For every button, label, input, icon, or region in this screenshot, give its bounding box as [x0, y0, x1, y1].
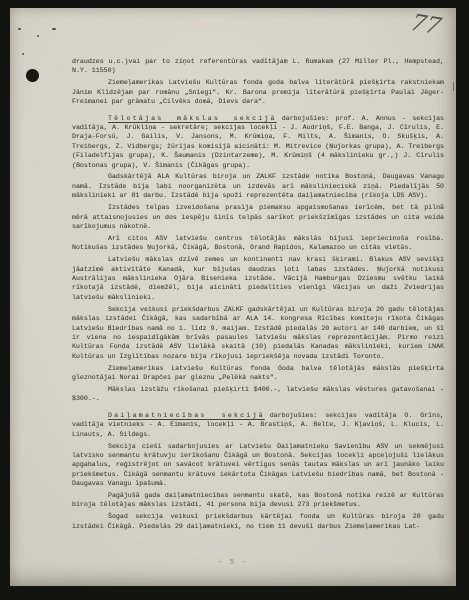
punch-hole-mark: [26, 69, 39, 82]
ink-speck: [52, 28, 56, 30]
section-heading-telotajas-makslas: Tēlotājas mākslas sekcijā: [108, 115, 277, 122]
section-heading-dailamatniecibas: Daiļamatniecības sekcijā: [108, 412, 265, 419]
paragraph-continuation: draudzes u.c.)vai par to ziņot referentū…: [72, 57, 444, 76]
section-members-text: darbojušies: prof. A. Annus - sekcijas v…: [72, 115, 444, 169]
paragraph-other-centers: Arī citos ASV latviešu centros tēlotājās…: [72, 234, 444, 253]
section-telotajas-makslas: Tēlotājas mākslas sekcijādarbojušies: pr…: [72, 114, 444, 170]
paragraph-funding: Mākslas izstāžu rīkošanai piešķirti $400…: [72, 385, 444, 404]
paragraph-chicago-preparations: Sekcija veikusi priekšdarbus ZALKF gadsk…: [72, 305, 444, 361]
margin-tick-mark: [453, 82, 454, 91]
handwritten-page-number: 77: [407, 10, 444, 40]
paragraph-goda-balva: Ziemeļamerikas Latviešu Kultūras fonda G…: [72, 364, 444, 383]
ink-speck: [18, 28, 21, 30]
paragraph-international-activity: Latviešu mākslas dzīvē zemes un kontinen…: [72, 255, 444, 302]
scan-background: { "document": { "handwritten_page_number…: [0, 0, 469, 600]
ink-speck: [22, 53, 24, 55]
paragraph-boston-exhibition: Gadskārtējā ALA Kultūras biroja un ZALKF…: [72, 172, 444, 200]
document-body: draudzes u.c.)vai par to ziņot referentū…: [72, 57, 444, 534]
paragraph-literature-award: Ziemeļamerikas Latviešu Kultūras fonda g…: [72, 78, 444, 106]
section-dailamatniecibas: Daiļamatniecības sekcijādarbojušies: sek…: [72, 411, 444, 439]
paragraph-senmantu-skate: Pagājušā gada daiļamatniecības senmantu …: [72, 491, 444, 510]
ink-speck: [37, 35, 39, 37]
paragraph-exhibition-rooms: Izstādes telpas izveidošana prasīja piem…: [72, 203, 444, 231]
page-number-footer: - 5 -: [10, 559, 456, 567]
document-page: 77 draudzes u.c.)vai par to ziņot refere…: [10, 8, 456, 586]
paragraph-sogad-priekšdarbi: Šogad sekcija veikusi priekšdarbus kārtē…: [72, 512, 444, 531]
paragraph-senmantu-kratuves: Sekcija cieši sadarbojusies ar Latviešu …: [72, 442, 444, 489]
